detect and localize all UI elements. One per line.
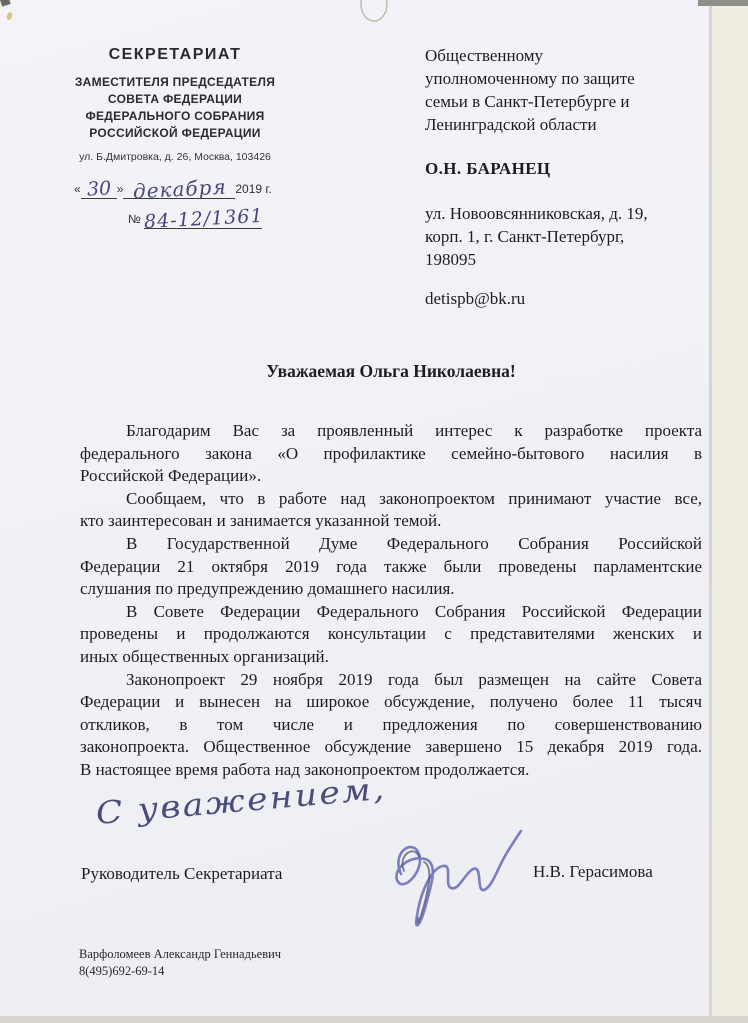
recipient-address-line: корп. 1, г. Санкт-Петербург, [425, 225, 715, 248]
body-line: законопроекта. Общественное обсуждение з… [80, 736, 702, 759]
reference-number-line: № 84-12/1361 [30, 206, 320, 229]
date-line: «30»декабря2019 г. [30, 174, 320, 199]
contact-name: Варфоломеев Александр Геннадьевич [79, 946, 281, 963]
letterhead-org-line: ФЕДЕРАЛЬНОГО СОБРАНИЯ [30, 108, 320, 125]
recipient-address-line: ул. Новоовсянниковская, д. 19, [425, 202, 715, 225]
date-close-quote: » [117, 182, 124, 196]
body-line: Федерации 21 октября 2019 года также был… [80, 556, 702, 579]
body-line: Законопроект 29 ноября 2019 года был раз… [80, 669, 702, 692]
body-line: В Совете Федерации Федерального Собрания… [80, 601, 702, 624]
body-paragraph-1: Благодарим Вас за проявленный интерес к … [80, 420, 702, 488]
letterhead-org-title: СЕКРЕТАРИАТ [30, 46, 320, 64]
body-paragraph-4: В Совете Федерации Федерального Собрания… [80, 601, 702, 669]
salutation: Уважаемая Ольга Николаевна! [80, 361, 702, 382]
letterhead-org-line: ЗАМЕСТИТЕЛЯ ПРЕДСЕДАТЕЛЯ [30, 74, 320, 91]
recipient-email: detispb@bk.ru [425, 287, 715, 310]
footer-contact: Варфоломеев Александр Геннадьевич 8(495)… [79, 946, 281, 980]
ink-speck [6, 11, 14, 20]
body-line: Благодарим Вас за проявленный интерес к … [80, 420, 702, 443]
body-line: откликов, в том числе и предложения по с… [80, 714, 702, 737]
number-blank: 84-12/1361 [144, 206, 262, 229]
scanned-letter-page: СЕКРЕТАРИАТ ЗАМЕСТИТЕЛЯ ПРЕДСЕДАТЕЛЯ СОВ… [0, 0, 748, 1023]
signature-scribble [373, 822, 523, 937]
scan-edge-shadow-top [698, 0, 748, 6]
signer-name: Н.В. Герасимова [533, 862, 653, 882]
body-line: Российской Федерации». [80, 465, 702, 488]
recipient-title-line: Ленинградской области [425, 113, 715, 136]
signer-position: Руководитель Секретариата [81, 864, 282, 884]
body-paragraph-2: Сообщаем, что в работе над законопроекто… [80, 488, 702, 533]
body-line: проведены и продолжаются консультации с … [80, 623, 702, 646]
letterhead-org-line: СОВЕТА ФЕДЕРАЦИИ [30, 91, 320, 108]
handwritten-day: 30 [86, 177, 111, 200]
body-line: Сообщаем, что в работе над законопроекто… [80, 488, 702, 511]
date-open-quote: « [74, 182, 81, 196]
letterhead-org-line: РОССИЙСКОЙ ФЕДЕРАЦИИ [30, 125, 320, 142]
recipient-title-line: Общественному [425, 44, 715, 67]
body-line: кто заинтересован и занимается указанной… [80, 510, 702, 533]
date-month-blank: декабря [123, 174, 235, 199]
date-year: 2019 г. [235, 182, 271, 196]
body-line: иных общественных организаций. [80, 646, 702, 669]
handwritten-month: декабря [132, 175, 227, 204]
recipient-name: О.Н. БАРАНЕЦ [425, 157, 715, 180]
handwritten-number: 84-12/1361 [144, 205, 265, 233]
recipient-block: Общественному уполномоченному по защите … [425, 44, 715, 310]
date-day-blank: 30 [81, 176, 117, 199]
recipient-address: ул. Новоовсянниковская, д. 19, корп. 1, … [425, 202, 715, 271]
recipient-title-line: уполномоченному по защите [425, 67, 715, 90]
body-line: федерального закона «О профилактике семе… [80, 443, 702, 466]
corner-smudge [0, 0, 11, 7]
recipient-title-line: семьи в Санкт-Петербурге и [425, 90, 715, 113]
contact-phone: 8(495)692-69-14 [79, 963, 281, 980]
body-paragraph-3: В Государственной Думе Федерального Собр… [80, 533, 702, 601]
scanner-background-strip [712, 0, 748, 1023]
body-line: слушания по предупреждению домашнего нас… [80, 578, 702, 601]
letterhead: СЕКРЕТАРИАТ ЗАМЕСТИТЕЛЯ ПРЕДСЕДАТЕЛЯ СОВ… [30, 46, 320, 229]
recipient-address-line: 198095 [425, 248, 715, 271]
body-line: В Государственной Думе Федерального Собр… [80, 533, 702, 556]
body-line: Федерации и вынесен на широкое обсуждени… [80, 691, 702, 714]
pen-circle-mark [352, 0, 400, 30]
scan-edge-shadow-bottom [0, 1016, 748, 1023]
body-paragraph-5: Законопроект 29 ноября 2019 года был раз… [80, 669, 702, 782]
body-line: В настоящее время работа над законопроек… [80, 759, 702, 782]
number-label: № [128, 212, 141, 226]
letter-body: Благодарим Вас за проявленный интерес к … [80, 420, 702, 782]
letterhead-address: ул. Б.Дмитровка, д. 26, Москва, 103426 [30, 151, 320, 163]
